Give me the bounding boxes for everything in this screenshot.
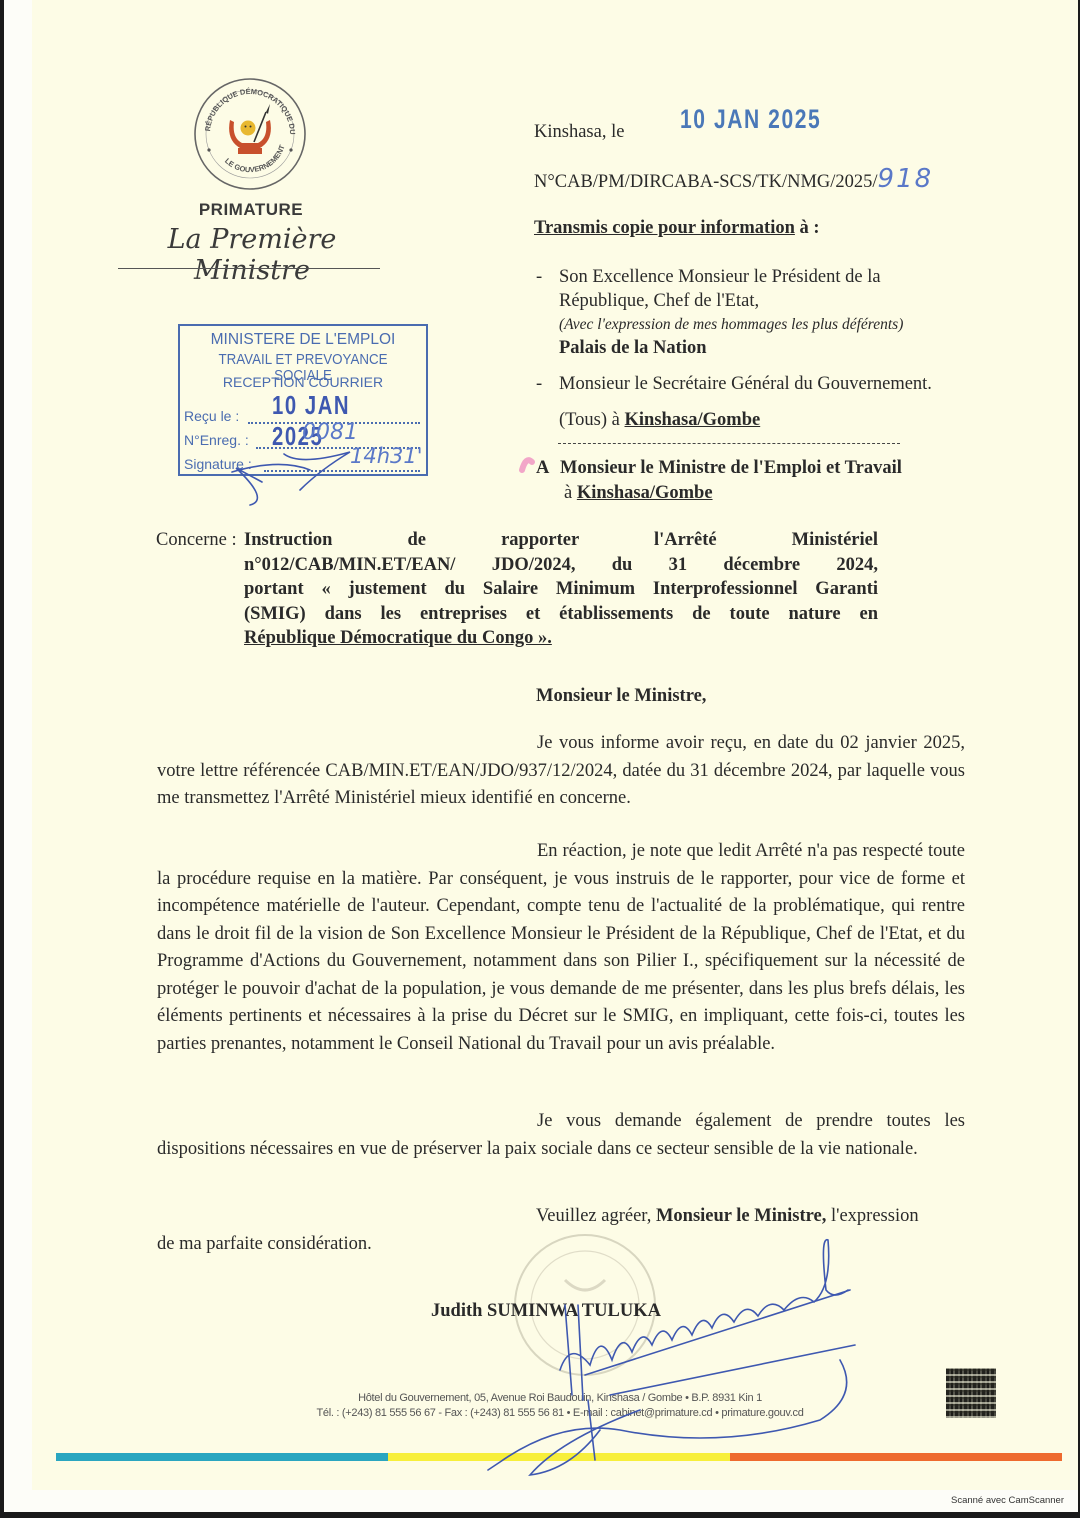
body-paragraph-1: Je vous informe avoir reçu, en date du 0… [157,730,965,813]
divider [118,268,380,269]
footer-contact: Tél. : (+243) 81 555 56 67 - Fax : (+243… [270,1407,850,1419]
recipient-secretary: Monsieur le Secrétaire Général du Gouver… [559,372,932,396]
salutation: Monsieur le Ministre, [536,684,706,708]
flag-bar-yellow [388,1453,730,1461]
recipient-president-line2: République, Chef de l'Etat, [559,289,759,313]
closing-line-2: de ma parfaite considération. [157,1232,372,1256]
qr-code-icon [946,1368,996,1418]
closing-line: Veuillez agréer, Monsieur le Ministre, l… [536,1204,919,1228]
recipient-president-location: Palais de la Nation [559,336,707,360]
signatory-name: Judith SUMINWA TULUKA [431,1299,661,1323]
flag-bar-orange [730,1453,1062,1461]
subject-label: Concerne : [156,528,237,552]
date-stamp: 10 JAN 2025 [680,104,821,135]
dashed-separator [558,443,900,444]
registration-number: 0081 [302,420,358,445]
subject-text: Instruction de rapporter l'Arrêté Minist… [244,528,878,651]
office-title: La Première Ministre [112,224,392,286]
addressee-name: Monsieur le Ministre de l'Emploi et Trav… [560,456,902,480]
footer-address: Hôtel du Gouvernement, 05, Avenue Roi Ba… [270,1392,850,1404]
addressee-prefix: A [536,456,549,480]
reference-handwritten: 918 [878,164,934,194]
body-paragraph-3: Je vous demande également de prendre tou… [157,1108,965,1163]
reference-printed: N°CAB/PM/DIRCABA-SCS/TK/NMG/2025/ [534,172,878,192]
copy-heading-text: Transmis copie pour information [534,218,795,238]
reference-number: N°CAB/PM/DIRCABA-SCS/TK/NMG/2025/918 [534,167,933,194]
recipient-president-line1: Son Excellence Monsieur le Président de … [559,265,881,289]
flag-bar-blue [56,1453,388,1461]
recipient-president-note: (Avec l'expression de mes hommages les p… [559,313,903,337]
camscanner-watermark: Scanné avec CamScanner [951,1495,1064,1506]
copy-heading: Transmis copie pour information à : [534,216,820,240]
institution-name: PRIMATURE [160,200,342,220]
body-paragraph-2: En réaction, je note que ledit Arrêté n'… [157,838,965,1058]
addressee-location: à Kinshasa/Gombe [564,481,713,505]
reception-stamp: MINISTERE DE L'EMPLOI TRAVAIL ET PREVOYA… [178,324,428,476]
copy-all-location: (Tous) à Kinshasa/Gombe [559,408,760,432]
place-label: Kinshasa, le [534,120,624,144]
signature-time: 14h31' [350,444,423,468]
government-seal-icon: RÉPUBLIQUE DÉMOCRATIQUE DU CONGO LE GOUV… [192,76,308,192]
